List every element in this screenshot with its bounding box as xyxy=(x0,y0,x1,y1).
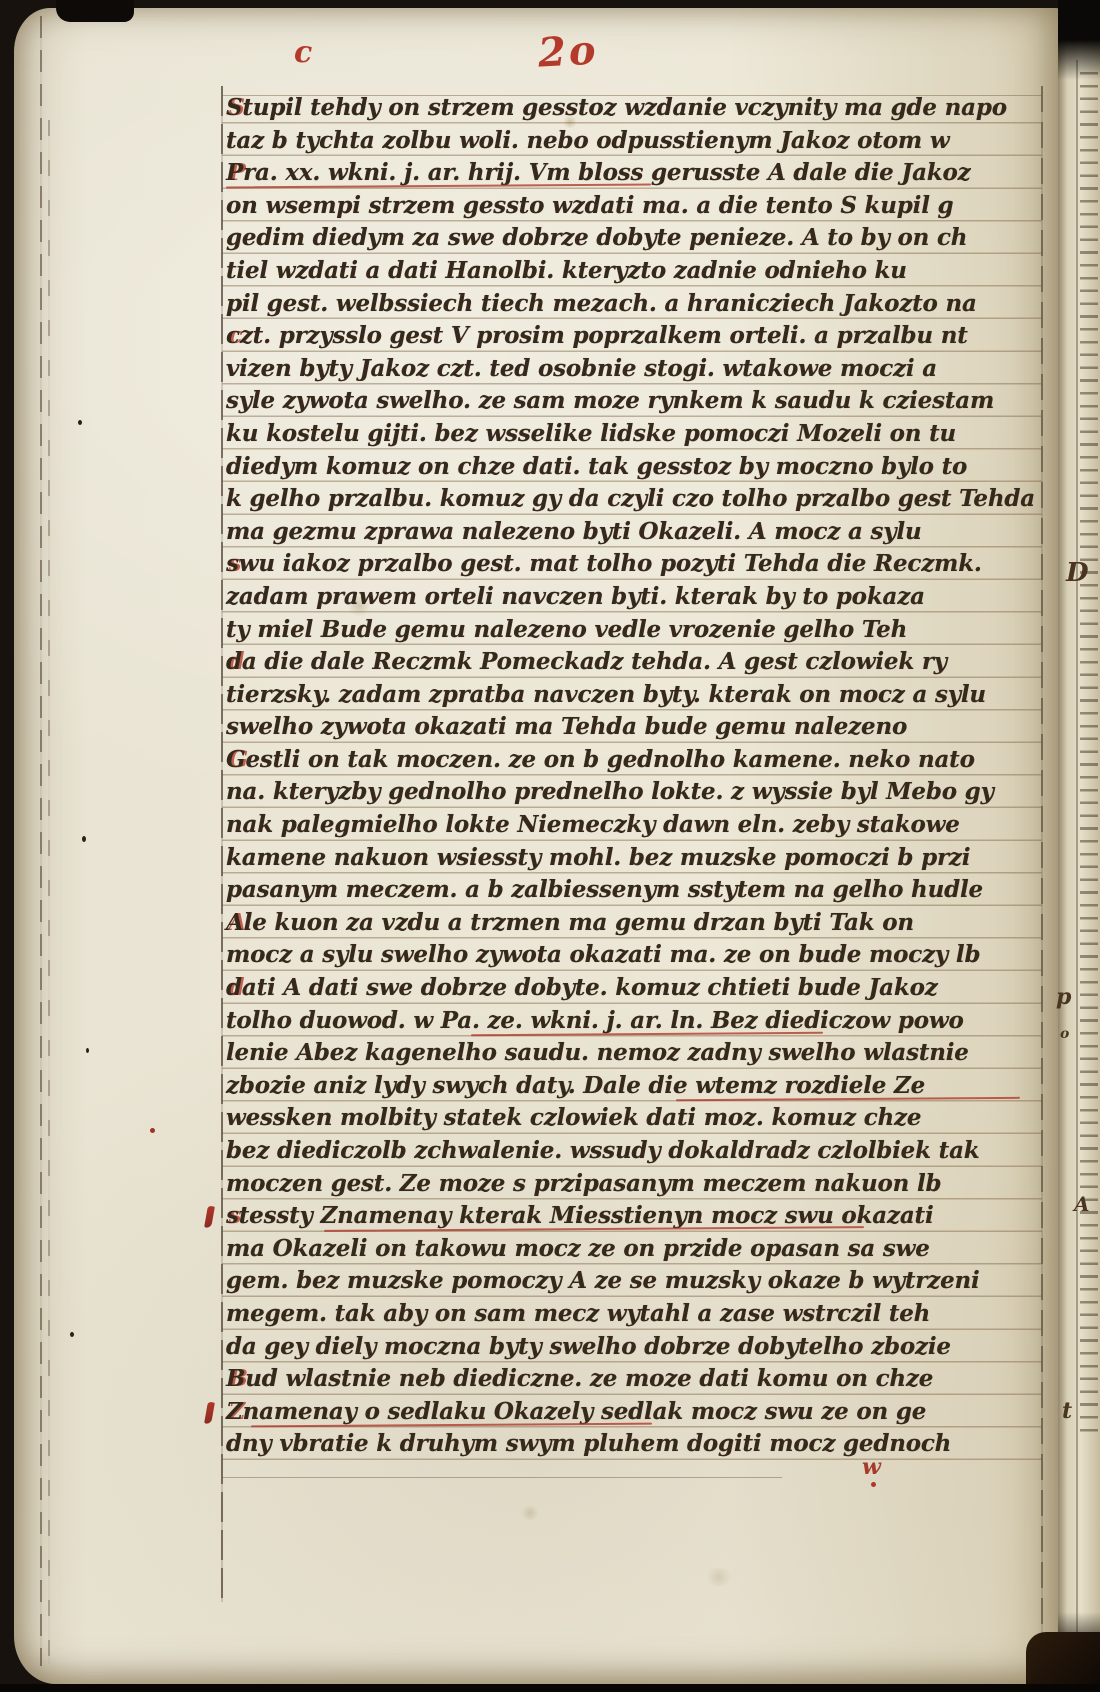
text-block: Stupil tehdy on strzem gesstoz wzdanie v… xyxy=(226,92,1044,1461)
text-line: Znamenay o sedlaku Okazely sedlak mocz s… xyxy=(226,1396,1044,1429)
text-line: taz b tychta zolbu woli. nebo odpusstien… xyxy=(226,125,1044,158)
text-line-content: k gelho przalbu. komuz gy da czyli czo t… xyxy=(226,483,1044,516)
text-line-content: nak palegmielho lokte Niemeczky dawn eln… xyxy=(226,809,1044,842)
text-line: tolho duowod. w Pa. ze. wkni. j. ar. ln.… xyxy=(226,1005,1044,1038)
outer-margin-ruling xyxy=(40,16,42,1666)
fore-edge-text-lines xyxy=(1080,72,1098,1432)
binding-shadow-notch xyxy=(56,0,134,22)
text-line: bez diediczolb zchwalenie. wssudy dokald… xyxy=(226,1135,1044,1168)
text-line: ma Okazeli on takowu mocz ze on przide o… xyxy=(226,1233,1044,1266)
text-line: vizen byty Jakoz czt. ted osobnie stogi.… xyxy=(226,353,1044,386)
ink-speck xyxy=(78,420,82,425)
text-line: k gelho przalbu. komuz gy da czyli czo t… xyxy=(226,483,1044,516)
folio-number: 2o xyxy=(537,30,600,73)
text-line: tiel wzdati a dati Hanolbi. kteryzto zad… xyxy=(226,255,1044,288)
outer-margin-ruling-2 xyxy=(48,120,50,1664)
text-line: pasanym meczem. a b zalbiessenym sstytem… xyxy=(226,874,1044,907)
text-line-content: Stupil tehdy on strzem gesstoz wzdanie v… xyxy=(226,92,1044,125)
text-line-content: moczen gest. Ze moze s przipasanym mecze… xyxy=(226,1168,1044,1201)
text-line-content: gem. bez muzske pomoczy A ze se muzsky o… xyxy=(226,1265,1044,1298)
text-line-content: Ale kuon za vzdu a trzmen ma gemu drzan … xyxy=(226,907,1044,940)
text-line: ty miel Bude gemu nalezeno vedle vrozeni… xyxy=(226,614,1044,647)
margin-mark: o xyxy=(1060,1026,1069,1042)
text-line-content: Bud wlastnie neb diediczne. ze moze dati… xyxy=(226,1363,1044,1396)
margin-mark: p xyxy=(1056,984,1071,1010)
page-edge-gap xyxy=(1076,60,1078,1632)
text-line-content: ku kostelu gijti. bez wsselike lidske po… xyxy=(226,418,1044,451)
text-line: Gestli on tak moczen. ze on b gednolho k… xyxy=(226,744,1044,777)
text-line-content: Gestli on tak moczen. ze on b gednolho k… xyxy=(226,744,1044,777)
text-line: da die dale Reczmk Pomeckadz tehda. A ge… xyxy=(226,646,1044,679)
text-line: stessty Znamenay kterak Miesstienyn mocz… xyxy=(226,1200,1044,1233)
text-line: nak palegmielho lokte Niemeczky dawn eln… xyxy=(226,809,1044,842)
text-line-content: pil gest. welbssiech tiech mezach. a hra… xyxy=(226,288,1044,321)
text-line-content: wessken molbity statek czlowiek dati moz… xyxy=(226,1102,1044,1135)
text-line: ku kostelu gijti. bez wsselike lidske po… xyxy=(226,418,1044,451)
text-line-content: diedym komuz on chze dati. tak gesstoz b… xyxy=(226,451,1044,484)
text-line: gedim diedym za swe dobrze dobyte peniez… xyxy=(226,222,1044,255)
text-line-content: tierzsky. zadam zpratba navczen byty. kt… xyxy=(226,679,1044,712)
text-line-content: ty miel Bude gemu nalezeno vedle vrozeni… xyxy=(226,614,1044,647)
text-line: wessken molbity statek czlowiek dati moz… xyxy=(226,1102,1044,1135)
text-line: gem. bez muzske pomoczy A ze se muzsky o… xyxy=(226,1265,1044,1298)
text-line: syle zywota swelho. ze sam moze rynkem k… xyxy=(226,385,1044,418)
text-line: moczen gest. Ze moze s przipasanym mecze… xyxy=(226,1168,1044,1201)
text-line-content: mocz a sylu swelho zywota okazati ma. ze… xyxy=(226,939,1044,972)
text-line-content: dati A dati swe dobrze dobyte. komuz cht… xyxy=(226,972,1044,1005)
quire-mark: c xyxy=(294,38,312,68)
text-line: na. kteryzby gednolho prednelho lokte. z… xyxy=(226,776,1044,809)
text-line-content: ma Okazeli on takowu mocz ze on przide o… xyxy=(226,1233,1044,1266)
ink-speck xyxy=(70,1332,74,1337)
photo-bottom-border xyxy=(0,1684,1100,1692)
text-line-content: bez diediczolb zchwalenie. wssudy dokald… xyxy=(226,1135,1044,1168)
text-line-content: vizen byty Jakoz czt. ted osobnie stogi.… xyxy=(226,353,1044,386)
ink-speck xyxy=(82,836,86,842)
text-line: tierzsky. zadam zpratba navczen byty. kt… xyxy=(226,679,1044,712)
parchment-stain xyxy=(520,1506,540,1520)
text-line-content: czt. przysslo gest V prosim poprzalkem o… xyxy=(226,320,1044,353)
text-line-content: ma gezmu zprawa nalezeno byti Okazeli. A… xyxy=(226,516,1044,549)
text-line-content: da die dale Reczmk Pomeckadz tehda. A ge… xyxy=(226,646,1044,679)
text-line: on wsempi strzem gessto wzdati ma. a die… xyxy=(226,190,1044,223)
text-line-content: lenie Abez kagenelho saudu. nemoz zadny … xyxy=(226,1037,1044,1070)
text-line: dati A dati swe dobrze dobyte. komuz cht… xyxy=(226,972,1044,1005)
margin-mark: D xyxy=(1066,558,1089,588)
text-line: mocz a sylu swelho zywota okazati ma. ze… xyxy=(226,939,1044,972)
text-line-content: da gey diely moczna byty swelho dobrze d… xyxy=(226,1331,1044,1364)
fore-edge-pages xyxy=(1058,0,1100,1692)
text-line-content: syle zywota swelho. ze sam moze rynkem k… xyxy=(226,385,1044,418)
text-line: ma gezmu zprawa nalezeno byti Okazeli. A… xyxy=(226,516,1044,549)
text-line: pil gest. welbssiech tiech mezach. a hra… xyxy=(226,288,1044,321)
text-line-content: dny vbratie k druhym swym pluhem dogiti … xyxy=(226,1428,1044,1461)
text-line: zbozie aniz lydy swych daty. Dale die wt… xyxy=(226,1070,1044,1103)
text-line: diedym komuz on chze dati. tak gesstoz b… xyxy=(226,451,1044,484)
text-line-content: kamene nakuon wsiessty mohl. bez muzske … xyxy=(226,842,1044,875)
margin-mark: A xyxy=(1074,1192,1090,1216)
manuscript-photo: c 2o Stupil tehdy on strzem gesstoz wzda… xyxy=(0,0,1100,1692)
text-line: swelho zywota okazati ma Tehda bude gemu… xyxy=(226,711,1044,744)
red-speck xyxy=(150,1128,155,1133)
text-line-content: swu iakoz przalbo gest. mat tolho pozyti… xyxy=(226,548,1044,581)
text-line: dny vbratie k druhym swym pluhem dogiti … xyxy=(226,1428,1044,1461)
binding-corner-shadow xyxy=(1026,1632,1100,1692)
text-line-content: tiel wzdati a dati Hanolbi. kteryzto zad… xyxy=(226,255,1044,288)
text-line: kamene nakuon wsiessty mohl. bez muzske … xyxy=(226,842,1044,875)
text-line: zadam prawem orteli navczen byti. kterak… xyxy=(226,581,1044,614)
ink-speck xyxy=(86,1048,89,1053)
text-line-content: pasanym meczem. a b zalbiessenym sstytem… xyxy=(226,874,1044,907)
text-line: da gey diely moczna byty swelho dobrze d… xyxy=(226,1331,1044,1364)
bottom-ruling-line xyxy=(222,1477,782,1478)
text-line-content: swelho zywota okazati ma Tehda bude gemu… xyxy=(226,711,1044,744)
text-line-content: taz b tychta zolbu woli. nebo odpusstien… xyxy=(226,125,1044,158)
text-line-content: megem. tak aby on sam mecz wytahl a zase… xyxy=(226,1298,1044,1331)
text-line: czt. przysslo gest V prosim poprzalkem o… xyxy=(226,320,1044,353)
text-line-content: on wsempi strzem gessto wzdati ma. a die… xyxy=(226,190,1044,223)
text-line: megem. tak aby on sam mecz wytahl a zase… xyxy=(226,1298,1044,1331)
text-line: Pra. xx. wkni. j. ar. hrij. Vm bloss ger… xyxy=(226,157,1044,190)
text-line-content: gedim diedym za swe dobrze dobyte peniez… xyxy=(226,222,1044,255)
text-line: Stupil tehdy on strzem gesstoz wzdanie v… xyxy=(226,92,1044,125)
text-line-content: na. kteryzby gednolho prednelho lokte. z… xyxy=(226,776,1044,809)
text-line: Bud wlastnie neb diediczne. ze moze dati… xyxy=(226,1363,1044,1396)
catchword: w xyxy=(862,1456,881,1478)
fore-edge-top-shadow xyxy=(1058,0,1100,80)
margin-mark: t xyxy=(1062,1398,1072,1424)
text-line: swu iakoz przalbo gest. mat tolho pozyti… xyxy=(226,548,1044,581)
text-line: Ale kuon za vzdu a trzmen ma gemu drzan … xyxy=(226,907,1044,940)
text-line: lenie Abez kagenelho saudu. nemoz zadny … xyxy=(226,1037,1044,1070)
text-line-content: zadam prawem orteli navczen byti. kterak… xyxy=(226,581,1044,614)
parchment-stain xyxy=(704,1568,734,1586)
